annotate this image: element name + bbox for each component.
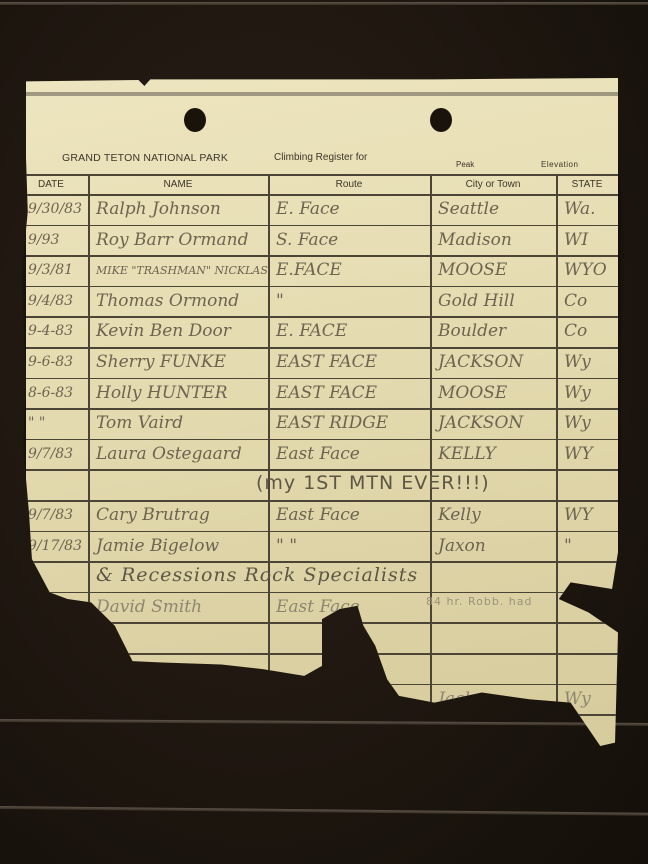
cell-name: Holly HUNTER bbox=[96, 379, 228, 408]
column-header: City or Town bbox=[430, 179, 556, 190]
climbing-register-sheet: GRAND TETON NATIONAL PARK Climbing Regis… bbox=[26, 78, 618, 746]
cell-route: EAST FACE bbox=[276, 348, 377, 377]
punch-hole-right bbox=[430, 108, 452, 132]
cell-state: Wy bbox=[564, 348, 591, 377]
cell-name: " bbox=[96, 623, 104, 652]
cell-city: Jaxon bbox=[438, 532, 486, 561]
cell-name: MIKE "TRASHMAN" NICKLAS bbox=[96, 256, 268, 285]
cell-city: MOOSE bbox=[438, 256, 507, 285]
cell-city: Madison bbox=[438, 226, 512, 255]
handwritten-note: 84 hr. Robb. had bbox=[426, 595, 533, 608]
column-divider bbox=[430, 174, 432, 714]
cell-route: E. FACE bbox=[276, 317, 347, 346]
cell-date: 9/93 bbox=[28, 226, 59, 255]
cell-route: East Face bbox=[276, 440, 360, 469]
cell-state: Wy bbox=[564, 379, 591, 408]
cell-city: MOOSE bbox=[438, 379, 507, 408]
cell-name: David Smith bbox=[96, 593, 202, 622]
cell-date: 9/4/83 bbox=[28, 287, 73, 316]
cell-state: Wa. bbox=[564, 195, 596, 224]
elevation-label: Elevation bbox=[541, 160, 578, 169]
cell-state: Co bbox=[564, 287, 587, 316]
handwritten-note: (my 1ST MTN EVER!!!) bbox=[256, 472, 490, 494]
cell-name: Jamie Bigelow bbox=[96, 532, 219, 561]
board-groove-top bbox=[0, 2, 648, 5]
cell-city: Boulder bbox=[438, 317, 506, 346]
cell-city: Kelly bbox=[438, 501, 481, 530]
column-divider bbox=[268, 174, 270, 714]
cell-name: Thomas Ormond bbox=[96, 287, 239, 316]
cell-route: " " bbox=[276, 532, 297, 561]
cell-city: Seattle bbox=[438, 195, 499, 224]
table-rule bbox=[26, 714, 618, 716]
cell-state: " bbox=[564, 532, 572, 561]
cell-route: S. Face bbox=[276, 226, 338, 255]
cell-route: East Face bbox=[276, 501, 360, 530]
column-divider bbox=[556, 174, 558, 714]
column-header: STATE bbox=[556, 179, 618, 190]
cell-name: Laura Ostegaard bbox=[96, 440, 242, 469]
cell-route: EAST FACE bbox=[276, 379, 377, 408]
peak-label: Peak bbox=[456, 160, 474, 169]
cell-date: 9-6-83 bbox=[28, 348, 73, 377]
cell-state: WY bbox=[564, 440, 593, 469]
cell-city: Gold Hill bbox=[438, 287, 515, 316]
board-groove-bottom bbox=[0, 806, 648, 816]
cell-name: Sherry FUNKE bbox=[96, 348, 226, 377]
column-header: Route bbox=[268, 179, 430, 190]
park-name: GRAND TETON NATIONAL PARK bbox=[62, 152, 228, 164]
handwritten-note: & Recessions Rock Specialists bbox=[96, 564, 418, 586]
cell-name: Roy Barr Ormand bbox=[96, 226, 248, 255]
cell-date: " " bbox=[28, 409, 45, 438]
table-rule bbox=[26, 469, 618, 471]
table-rule bbox=[26, 561, 618, 563]
cell-state: Wy bbox=[564, 409, 591, 438]
table-rule bbox=[26, 653, 618, 655]
cell-name: Tom Vaird bbox=[96, 409, 183, 438]
cell-route: East Face bbox=[276, 593, 360, 622]
cell-city: JACKSON bbox=[438, 409, 523, 438]
cell-route: " bbox=[276, 287, 284, 316]
table-rule bbox=[26, 174, 618, 176]
board-groove-middle bbox=[0, 719, 648, 726]
cell-state: WY bbox=[564, 501, 593, 530]
cell-date: 8-6-83 bbox=[28, 379, 73, 408]
cell-route: EAST RIDGE bbox=[276, 409, 388, 438]
cell-state: Wy bbox=[564, 685, 591, 714]
cell-city: JACKSON bbox=[438, 348, 523, 377]
cell-date: 9/30/83 bbox=[28, 195, 82, 224]
punch-hole-left bbox=[184, 108, 206, 132]
cell-city: KELLY bbox=[438, 440, 496, 469]
cell-date: 9/3/81 bbox=[28, 256, 73, 285]
cell-date: 9-4-83 bbox=[28, 317, 73, 346]
top-rule bbox=[26, 92, 618, 96]
cell-date: 9/7/83 bbox=[28, 440, 73, 469]
cell-state: Co bbox=[564, 317, 587, 346]
cell-state: WI bbox=[564, 226, 588, 255]
cell-state: WYO bbox=[564, 256, 607, 285]
cell-name: Cary Brutrag bbox=[96, 501, 210, 530]
cell-date: 9/17/83 bbox=[28, 532, 82, 561]
table-rule bbox=[26, 684, 618, 686]
cell-city: Jackson bbox=[438, 685, 505, 714]
column-divider bbox=[88, 174, 90, 714]
table-rule bbox=[26, 622, 618, 624]
column-header: NAME bbox=[88, 179, 268, 190]
cell-route: E. Face bbox=[276, 195, 340, 224]
cell-date: 9/7/83 bbox=[28, 501, 73, 530]
cell-route: E.FACE bbox=[276, 256, 342, 285]
register-label: Climbing Register for bbox=[274, 152, 367, 163]
cell-name: Ralph Johnson bbox=[96, 195, 221, 224]
cell-name: Kevin Ben Door bbox=[96, 317, 231, 346]
